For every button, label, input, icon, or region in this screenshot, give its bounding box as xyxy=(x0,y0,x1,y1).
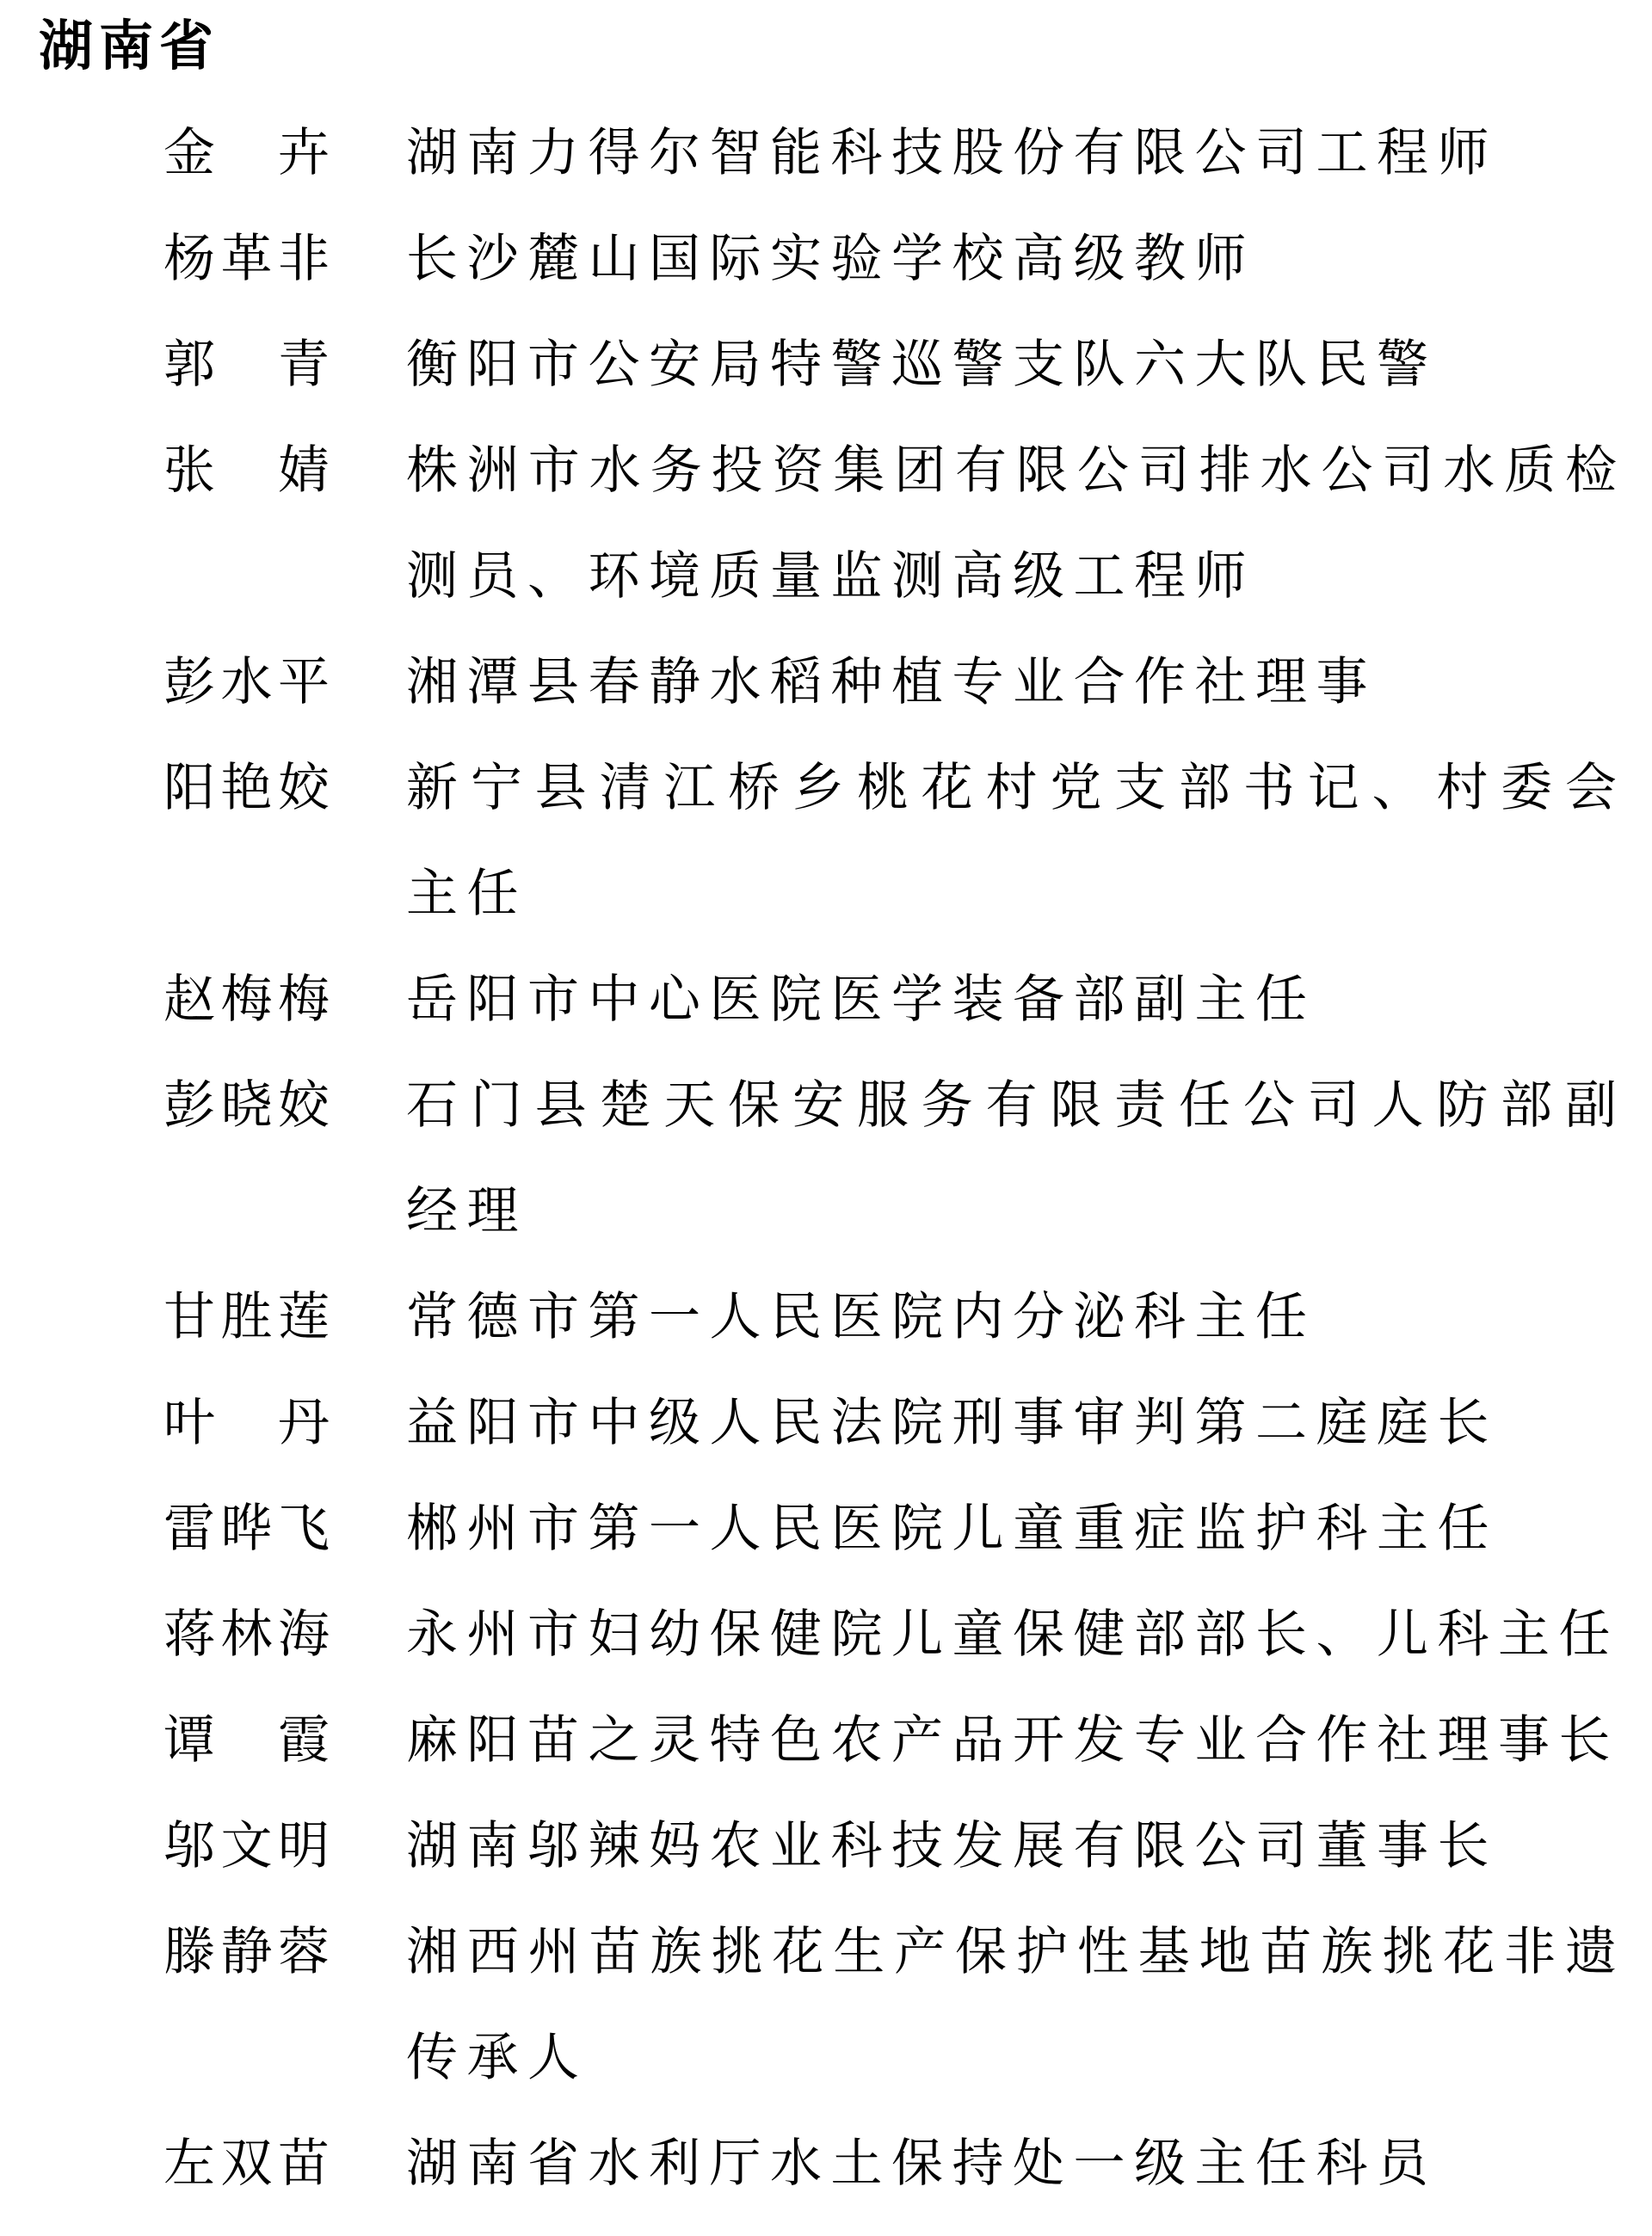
entry-title-line: 经理 xyxy=(406,1159,1617,1265)
entry-title-line: 湘西州苗族挑花生产保护性基地苗族挑花非遗 xyxy=(406,1900,1617,2005)
list-item: 叶丹 益阳市中级人民法院刑事审判第二庭庭长 xyxy=(0,1371,1652,1476)
entry-name: 阳艳姣 xyxy=(163,736,330,841)
list-item: 阳艳姣 新宁县清江桥乡桃花村党支部书记、村委会主任 xyxy=(0,736,1652,947)
entry-title-line: 湖南邬辣妈农业科技发展有限公司董事长 xyxy=(406,1794,1617,1900)
entry-title-line: 新宁县清江桥乡桃花村党支部书记、村委会 xyxy=(406,736,1617,841)
list-item: 郭青 衡阳市公安局特警巡警支队六大队民警 xyxy=(0,312,1652,418)
list-item: 甘胜莲 常德市第一人民医院内分泌科主任 xyxy=(0,1265,1652,1371)
entry-name: 叶丹 xyxy=(163,1371,330,1476)
entry-title-line: 衡阳市公安局特警巡警支队六大队民警 xyxy=(406,312,1617,418)
entry-title: 岳阳市中心医院医学装备部副主任 xyxy=(406,947,1617,1053)
entry-title: 永州市妇幼保健院儿童保健部部长、儿科主任 xyxy=(406,1582,1617,1688)
entry-title-line: 湖南力得尔智能科技股份有限公司工程师 xyxy=(406,101,1617,206)
list-item: 滕静蓉 湘西州苗族挑花生产保护性基地苗族挑花非遗传承人 xyxy=(0,1900,1652,2111)
entry-title: 郴州市第一人民医院儿童重症监护科主任 xyxy=(406,1476,1617,1582)
entry-title: 湖南省水利厅水土保持处一级主任科员 xyxy=(406,2111,1617,2217)
list-item: 赵梅梅 岳阳市中心医院医学装备部副主任 xyxy=(0,947,1652,1053)
entry-title: 湖南力得尔智能科技股份有限公司工程师 xyxy=(406,101,1617,206)
entry-title-line: 长沙麓山国际实验学校高级教师 xyxy=(406,206,1617,312)
entry-name: 郭青 xyxy=(163,312,330,418)
entry-name: 彭水平 xyxy=(163,630,330,736)
list-item: 邬文明 湖南邬辣妈农业科技发展有限公司董事长 xyxy=(0,1794,1652,1900)
document-page: { "page": { "background_color": "#ffffff… xyxy=(0,0,1652,2236)
award-list: 金卉 湖南力得尔智能科技股份有限公司工程师 杨革非 长沙麓山国际实验学校高级教师… xyxy=(0,101,1652,2217)
entry-title: 衡阳市公安局特警巡警支队六大队民警 xyxy=(406,312,1617,418)
entry-title-line: 株洲市水务投资集团有限公司排水公司水质检 xyxy=(406,418,1617,524)
entry-title-line: 传承人 xyxy=(406,2005,1617,2111)
entry-title: 湘潭县春静水稻种植专业合作社理事 xyxy=(406,630,1617,736)
entry-title: 湖南邬辣妈农业科技发展有限公司董事长 xyxy=(406,1794,1617,1900)
entry-name: 金卉 xyxy=(163,101,330,206)
entry-title: 益阳市中级人民法院刑事审判第二庭庭长 xyxy=(406,1371,1617,1476)
entry-title: 石门县楚天保安服务有限责任公司人防部副经理 xyxy=(406,1053,1617,1265)
list-item: 谭霞 麻阳苗之灵特色农产品开发专业合作社理事长 xyxy=(0,1688,1652,1794)
entry-title-line: 测员、环境质量监测高级工程师 xyxy=(406,524,1617,630)
list-item: 蒋林海 永州市妇幼保健院儿童保健部部长、儿科主任 xyxy=(0,1582,1652,1688)
list-item: 金卉 湖南力得尔智能科技股份有限公司工程师 xyxy=(0,101,1652,206)
entry-name: 谭霞 xyxy=(163,1688,330,1794)
entry-name: 左双苗 xyxy=(163,2111,330,2217)
entry-title: 长沙麓山国际实验学校高级教师 xyxy=(406,206,1617,312)
entry-name: 张婧 xyxy=(163,418,330,524)
entry-title-line: 石门县楚天保安服务有限责任公司人防部副 xyxy=(406,1053,1617,1159)
entry-title-line: 益阳市中级人民法院刑事审判第二庭庭长 xyxy=(406,1371,1617,1476)
entry-name: 蒋林海 xyxy=(163,1582,330,1688)
list-item: 彭水平 湘潭县春静水稻种植专业合作社理事 xyxy=(0,630,1652,736)
entry-title-line: 麻阳苗之灵特色农产品开发专业合作社理事长 xyxy=(406,1688,1617,1794)
entry-name: 甘胜莲 xyxy=(163,1265,330,1371)
entry-title: 常德市第一人民医院内分泌科主任 xyxy=(406,1265,1617,1371)
entry-title: 麻阳苗之灵特色农产品开发专业合作社理事长 xyxy=(406,1688,1617,1794)
entry-title-line: 郴州市第一人民医院儿童重症监护科主任 xyxy=(406,1476,1617,1582)
entry-title: 新宁县清江桥乡桃花村党支部书记、村委会主任 xyxy=(406,736,1617,947)
entry-title-line: 常德市第一人民医院内分泌科主任 xyxy=(406,1265,1617,1371)
entry-name: 滕静蓉 xyxy=(163,1900,330,2005)
entry-name: 彭晓姣 xyxy=(163,1053,330,1159)
list-item: 左双苗 湖南省水利厅水土保持处一级主任科员 xyxy=(0,2111,1652,2217)
list-item: 彭晓姣 石门县楚天保安服务有限责任公司人防部副经理 xyxy=(0,1053,1652,1265)
province-heading: 湖南省 xyxy=(39,7,219,86)
entry-title-line: 岳阳市中心医院医学装备部副主任 xyxy=(406,947,1617,1053)
list-item: 张婧 株洲市水务投资集团有限公司排水公司水质检测员、环境质量监测高级工程师 xyxy=(0,418,1652,630)
entry-name: 邬文明 xyxy=(163,1794,330,1900)
entry-title-line: 湖南省水利厅水土保持处一级主任科员 xyxy=(406,2111,1617,2217)
entry-name: 杨革非 xyxy=(163,206,330,312)
entry-title: 湘西州苗族挑花生产保护性基地苗族挑花非遗传承人 xyxy=(406,1900,1617,2111)
entry-name: 赵梅梅 xyxy=(163,947,330,1053)
entry-name: 雷晔飞 xyxy=(163,1476,330,1582)
entry-title-line: 永州市妇幼保健院儿童保健部部长、儿科主任 xyxy=(406,1582,1617,1688)
list-item: 雷晔飞 郴州市第一人民医院儿童重症监护科主任 xyxy=(0,1476,1652,1582)
entry-title-line: 主任 xyxy=(406,841,1617,947)
entry-title: 株洲市水务投资集团有限公司排水公司水质检测员、环境质量监测高级工程师 xyxy=(406,418,1617,630)
entry-title-line: 湘潭县春静水稻种植专业合作社理事 xyxy=(406,630,1617,736)
list-item: 杨革非 长沙麓山国际实验学校高级教师 xyxy=(0,206,1652,312)
